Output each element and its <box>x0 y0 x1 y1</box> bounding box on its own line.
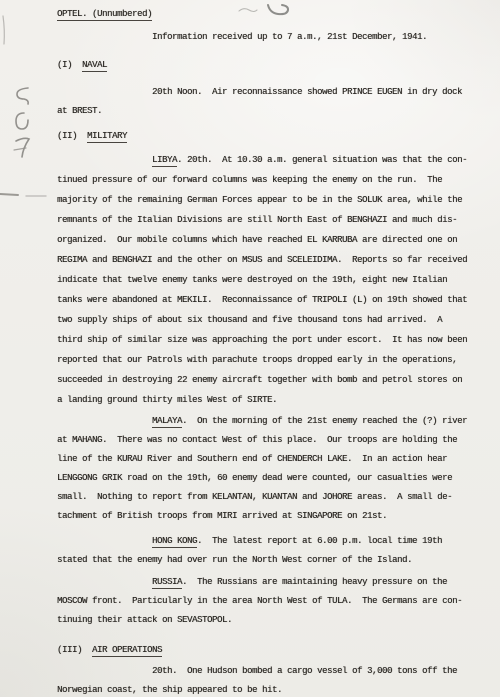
text-segment: . The latest report at 6.00 p.m. local t… <box>197 536 442 546</box>
text-line: HONG KONG. The latest report at 6.00 p.m… <box>57 532 480 551</box>
document-body: OPTEL. (Unnumbered)Information received … <box>0 0 500 697</box>
text-segment: line of the KURAU River and Southern end… <box>57 454 447 464</box>
underlined-heading-text: NAVAL <box>82 60 107 72</box>
text-segment: at MAHANG. There was no contact West of … <box>57 435 457 445</box>
text-line: line of the KURAU River and Southern end… <box>57 450 480 469</box>
text-segment: 20th. One Hudson bombed a cargo vessel o… <box>152 666 457 676</box>
text-line: succeeded in destroying 22 enemy aircraf… <box>57 371 480 390</box>
text-segment: a landing ground thirty miles West of SI… <box>57 395 277 405</box>
text-segment: tinued pressure of our forward columns w… <box>57 175 442 185</box>
text-segment: (III) <box>57 645 92 655</box>
text-line: stated that the enemy had over run the N… <box>57 551 480 570</box>
text-segment: reported that our Patrols with parachute… <box>57 355 457 365</box>
text-segment: tanks were abandoned at MEKILI. Reconnai… <box>57 295 467 305</box>
text-segment: . The Russians are maintaining heavy pre… <box>182 577 447 587</box>
text-line: (I) NAVAL <box>57 56 480 75</box>
text-line: indicate that twelve enemy tanks were de… <box>57 271 480 290</box>
text-line: (II) MILITARY <box>57 127 480 146</box>
underlined-heading-text: LIBYA <box>152 155 177 167</box>
text-segment: MOSCOW front. Particularly in the area N… <box>57 596 462 606</box>
underlined-heading-text: HONG KONG <box>152 536 197 548</box>
underlined-heading-text: OPTEL. (Unnumbered) <box>57 9 152 21</box>
text-line: two supply ships of about six thousand a… <box>57 311 480 330</box>
text-line: LIBYA. 20th. At 10.30 a.m. general situa… <box>57 151 480 170</box>
text-line: reported that our Patrols with parachute… <box>57 351 480 370</box>
text-line: organized. Our mobile columns which have… <box>57 231 480 250</box>
text-segment: Information received up to 7 a.m., 21st … <box>152 32 427 42</box>
text-segment: indicate that twelve enemy tanks were de… <box>57 275 447 285</box>
text-line: 20th. One Hudson bombed a cargo vessel o… <box>57 662 480 681</box>
text-line: third ship of similar size was approachi… <box>57 331 480 350</box>
text-line: MALAYA. On the morning of the 21st enemy… <box>57 412 480 431</box>
text-line: a landing ground thirty miles West of SI… <box>57 391 480 410</box>
text-segment: LENGGONG GRIK road on the 19th, 60 enemy… <box>57 473 452 483</box>
text-segment: . On the morning of the 21st enemy reach… <box>182 416 467 426</box>
text-segment: (I) <box>57 60 82 70</box>
text-line: small. Nothing to report from KELANTAN, … <box>57 488 480 507</box>
text-line: tachment of British troops from MIRI arr… <box>57 507 480 526</box>
text-segment: tinuing their attack on SEVASTOPOL. <box>57 615 232 625</box>
text-line: at MAHANG. There was no contact West of … <box>57 431 480 450</box>
text-segment: tachment of British troops from MIRI arr… <box>57 511 387 521</box>
document-page: OPTEL. (Unnumbered)Information received … <box>0 0 500 697</box>
text-line: tinued pressure of our forward columns w… <box>57 171 480 190</box>
text-segment: organized. Our mobile columns which have… <box>57 235 457 245</box>
underlined-heading-text: RUSSIA <box>152 577 182 589</box>
text-segment: stated that the enemy had over run the N… <box>57 555 412 565</box>
text-segment: third ship of similar size was approachi… <box>57 335 467 345</box>
text-segment: . 20th. At 10.30 a.m. general situation … <box>177 155 467 165</box>
text-line: MOSCOW front. Particularly in the area N… <box>57 592 480 611</box>
text-line: Information received up to 7 a.m., 21st … <box>57 28 480 47</box>
text-segment: succeeded in destroying 22 enemy aircraf… <box>57 375 462 385</box>
text-line: (III) AIR OPERATIONS <box>57 641 480 660</box>
text-line: tanks were abandoned at MEKILI. Reconnai… <box>57 291 480 310</box>
text-segment: 20th Noon. Air reconnaissance showed PRI… <box>152 87 462 97</box>
text-line: Norwegian coast, the ship appeared to be… <box>57 681 480 697</box>
text-segment: two supply ships of about six thousand a… <box>57 315 442 325</box>
text-line: remnants of the Italian Divisions are st… <box>57 211 480 230</box>
text-line: tinuing their attack on SEVASTOPOL. <box>57 611 480 630</box>
text-line: majority of the remaining German Forces … <box>57 191 480 210</box>
text-line: 20th Noon. Air reconnaissance showed PRI… <box>57 83 480 102</box>
underlined-heading-text: AIR OPERATIONS <box>92 645 162 657</box>
text-segment: small. Nothing to report from KELANTAN, … <box>57 492 452 502</box>
text-line: REGIMA and BENGHAZI and the other on MSU… <box>57 251 480 270</box>
text-line: LENGGONG GRIK road on the 19th, 60 enemy… <box>57 469 480 488</box>
text-line: RUSSIA. The Russians are maintaining hea… <box>57 573 480 592</box>
underlined-heading-text: MILITARY <box>87 131 127 143</box>
underlined-heading-text: MALAYA <box>152 416 182 428</box>
text-line: at BREST. <box>57 102 480 121</box>
text-segment: (II) <box>57 131 87 141</box>
text-line: OPTEL. (Unnumbered) <box>57 5 480 24</box>
text-segment: Norwegian coast, the ship appeared to be… <box>57 685 282 695</box>
text-segment: at BREST. <box>57 106 102 116</box>
text-segment: majority of the remaining German Forces … <box>57 195 462 205</box>
text-segment: remnants of the Italian Divisions are st… <box>57 215 457 225</box>
text-segment: REGIMA and BENGHAZI and the other on MSU… <box>57 255 467 265</box>
